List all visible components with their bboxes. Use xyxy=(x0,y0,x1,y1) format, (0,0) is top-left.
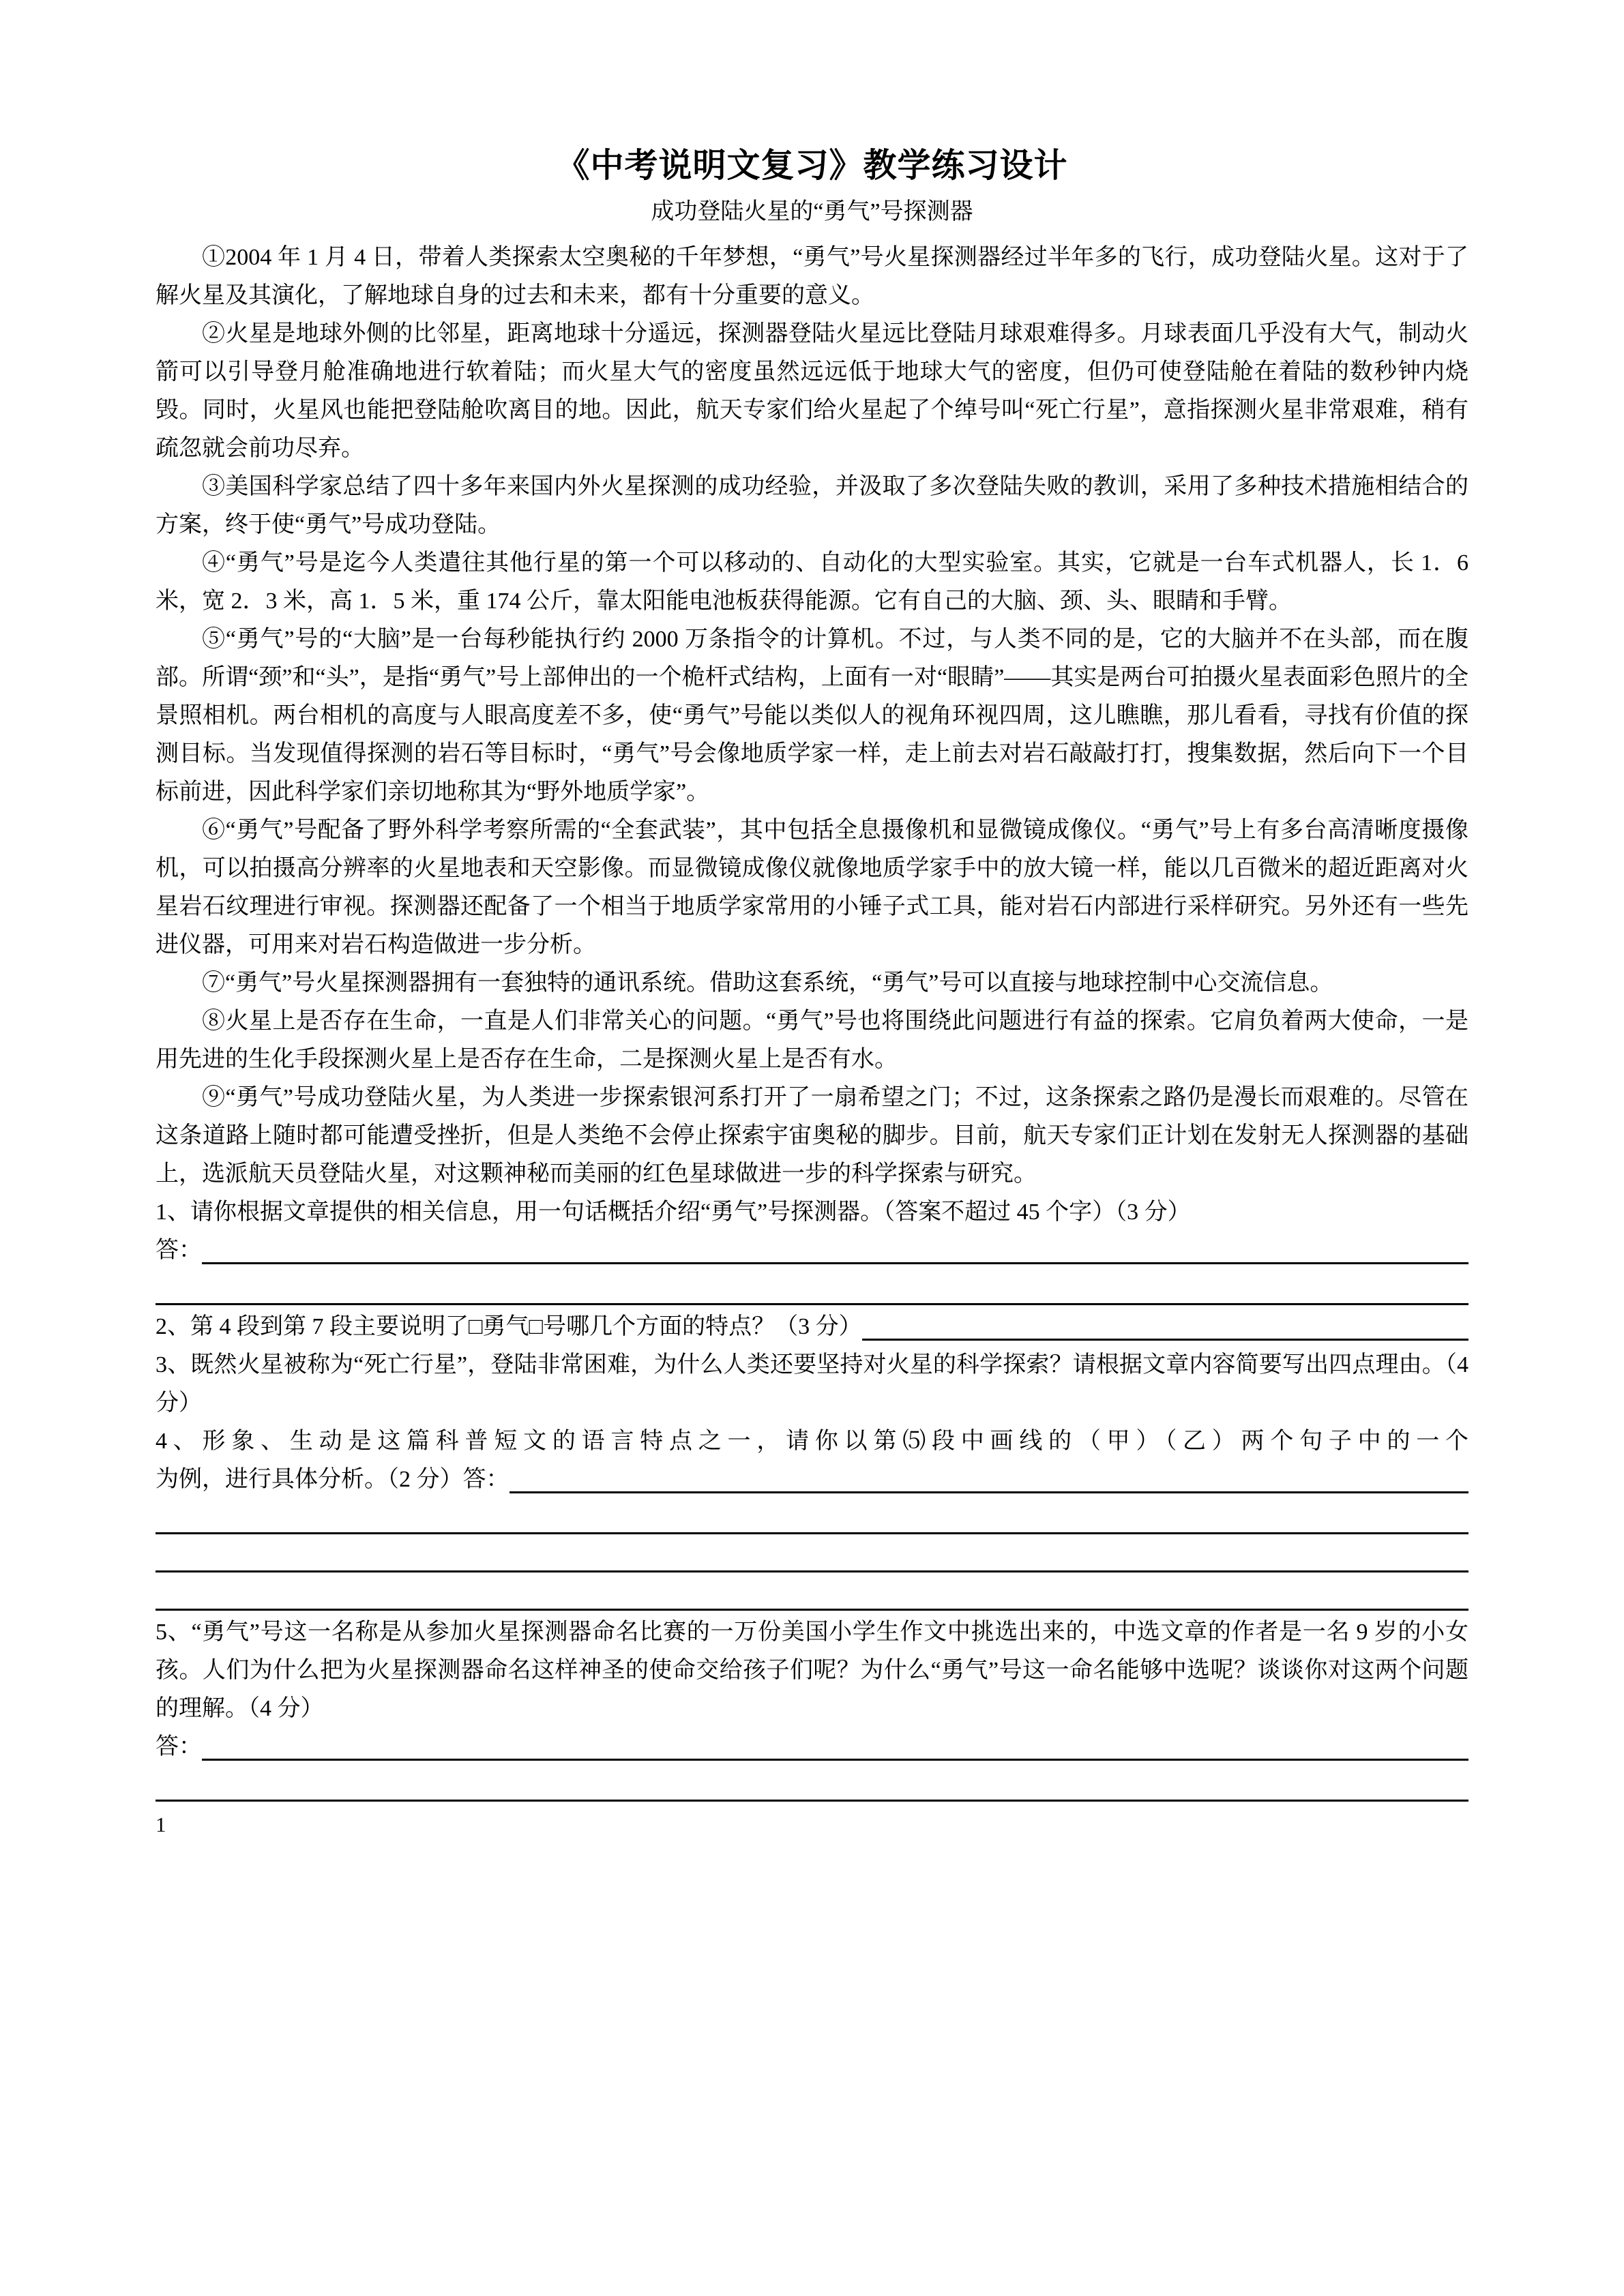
question-2-row: 2、第 4 段到第 7 段主要说明了□勇气□号哪几个方面的特点？（3 分） xyxy=(156,1308,1468,1346)
answer-line[interactable] xyxy=(156,1575,1468,1611)
article-paragraph: ③美国科学家总结了四十多年来国内外火星探测的成功经验，并汲取了多次登陆失败的教训… xyxy=(156,468,1468,544)
answer-blank[interactable] xyxy=(862,1308,1468,1341)
document-page: 《中考说明文复习》教学练习设计 成功登陆火星的“勇气”号探测器 ①2004 年 … xyxy=(0,0,1624,2296)
article-paragraph: ⑧火星上是否存在生命，一直是人们非常关心的问题。“勇气”号也将围绕此问题进行有益… xyxy=(156,1002,1468,1079)
question-1: 1、请你根据文章提供的相关信息，用一句话概括介绍“勇气”号探测器。（答案不超过 … xyxy=(156,1193,1468,1232)
article-paragraph: ④“勇气”号是迄今人类遣往其他行星的第一个可以移动的、自动化的大型实验室。其实，… xyxy=(156,544,1468,621)
answer-line[interactable] xyxy=(156,1766,1468,1802)
answer-line[interactable] xyxy=(156,1537,1468,1572)
answer-blank[interactable] xyxy=(510,1461,1469,1493)
answer-blank[interactable] xyxy=(202,1232,1468,1264)
article-paragraph: ①2004 年 1 月 4 日，带着人类探索太空奥秘的千年梦想，“勇气”号火星探… xyxy=(156,239,1468,315)
page-title: 《中考说明文复习》教学练习设计 xyxy=(156,145,1468,187)
article-subtitle: 成功登陆火星的“勇气”号探测器 xyxy=(156,195,1468,229)
answer-label: 答： xyxy=(156,1728,202,1766)
article-paragraph: ⑦“勇气”号火星探测器拥有一套独特的通讯系统。借助这套系统，“勇气”号可以直接与… xyxy=(156,964,1468,1002)
page-number: 1 xyxy=(156,1807,1468,1843)
question-2: 2、第 4 段到第 7 段主要说明了□勇气□号哪几个方面的特点？（3 分） xyxy=(156,1308,862,1346)
article-paragraph: ⑥“勇气”号配备了野外科学考察所需的“全套武装”，其中包括全息摄像机和显微镜成像… xyxy=(156,811,1468,964)
answer-blank[interactable] xyxy=(202,1728,1468,1761)
question-4-line1: 4、形象、生动是这篇科普短文的语言特点之一，请你以第⑸段中画线的（甲）（乙）两个… xyxy=(156,1422,1468,1461)
answer-line[interactable] xyxy=(156,1270,1468,1305)
question-4-answer-row: 为例，进行具体分析。（2 分）答： xyxy=(156,1461,1468,1499)
question-5: 5、“勇气”号这一名称是从参加火星探测器命名比赛的一万份美国小学生作文中挑选出来… xyxy=(156,1613,1468,1728)
answer-line[interactable] xyxy=(156,1499,1468,1534)
article-paragraph: ②火星是地球外侧的比邻星，距离地球十分遥远，探测器登陆火星远比登陆月球艰难得多。… xyxy=(156,315,1468,468)
article-paragraph: ⑨“勇气”号成功登陆火星，为人类进一步探索银河系打开了一扇希望之门；不过，这条探… xyxy=(156,1079,1468,1193)
article-paragraph: ⑤“勇气”号的“大脑”是一台每秒能执行约 2000 万条指令的计算机。不过，与人… xyxy=(156,621,1468,811)
question-1-answer-row: 答： xyxy=(156,1232,1468,1270)
question-3: 3、既然火星被称为“死亡行星”，登陆非常困难，为什么人类还要坚持对火星的科学探索… xyxy=(156,1346,1468,1422)
question-5-answer-row: 答： xyxy=(156,1728,1468,1766)
answer-label: 答： xyxy=(156,1232,202,1270)
question-4-line2: 为例，进行具体分析。（2 分）答： xyxy=(156,1461,510,1499)
